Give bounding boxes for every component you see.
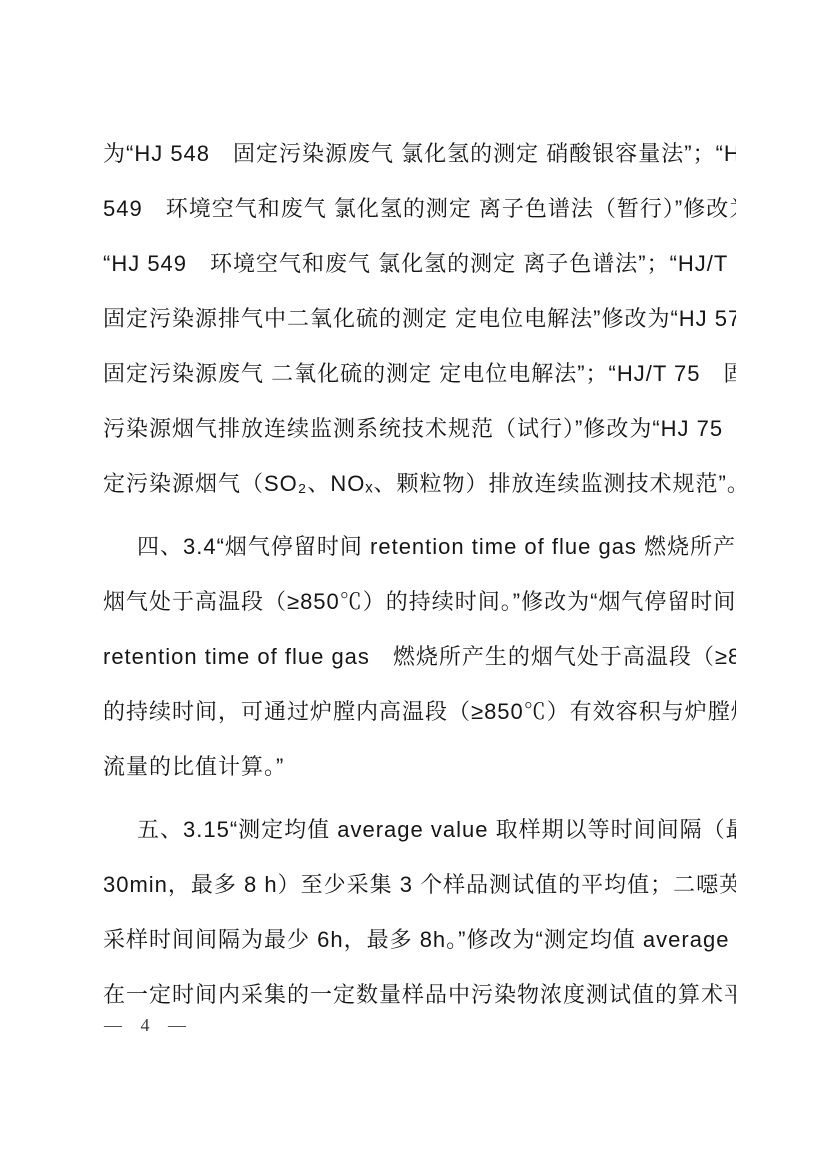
text-block: 为“HJ 548 固定污染源废气 氯化氢的测定 硝酸银容量法”；“HJ549 环…	[103, 126, 736, 1022]
text-line: 五、3.15“测定均值 average value 取样期以等时间间隔（最少	[103, 802, 736, 857]
text-line: 四、3.4“烟气停留时间 retention time of flue gas …	[103, 519, 736, 574]
page-number: — 4 —	[104, 1012, 193, 1038]
text-line: retention time of flue gas 燃烧所产生的烟气处于高温段…	[103, 629, 736, 684]
text-line: 污染源烟气排放连续监测系统技术规范（试行）”修改为“HJ 75 固	[103, 401, 736, 456]
text-line: 采样时间间隔为最少 6h，最多 8h。”修改为“测定均值 average val…	[103, 912, 736, 967]
text-line: 定污染源烟气（SO₂、NOₓ、颗粒物）排放连续监测技术规范”。	[103, 456, 736, 511]
text-line: 30min，最多 8 h）至少采集 3 个样品测试值的平均值；二噁英类的	[103, 857, 736, 912]
paragraph: 五、3.15“测定均值 average value 取样期以等时间间隔（最少30…	[103, 802, 736, 1022]
text-line: 为“HJ 548 固定污染源废气 氯化氢的测定 硝酸银容量法”；“HJ	[103, 126, 736, 181]
paragraph: 四、3.4“烟气停留时间 retention time of flue gas …	[103, 519, 736, 794]
paragraph: 为“HJ 548 固定污染源废气 氯化氢的测定 硝酸银容量法”；“HJ549 环…	[103, 126, 736, 511]
document-page: 为“HJ 548 固定污染源废气 氯化氢的测定 硝酸银容量法”；“HJ549 环…	[0, 0, 827, 1169]
text-line: 流量的比值计算。”	[103, 739, 736, 794]
text-line: 549 环境空气和废气 氯化氢的测定 离子色谱法（暂行）”修改为	[103, 181, 736, 236]
text-line: 烟气处于高温段（≥850℃）的持续时间。”修改为“烟气停留时间	[103, 574, 736, 629]
text-line: 的持续时间，可通过炉膛内高温段（≥850℃）有效容积与炉膛烟气	[103, 684, 736, 739]
text-line: 固定污染源废气 二氧化硫的测定 定电位电解法”；“HJ/T 75 固定	[103, 346, 736, 401]
text-line: 在一定时间内采集的一定数量样品中污染物浓度测试值的算术平均	[103, 967, 736, 1022]
text-line: “HJ 549 环境空气和废气 氯化氢的测定 离子色谱法”；“HJ/T 57	[103, 236, 736, 291]
text-line: 固定污染源排气中二氧化硫的测定 定电位电解法”修改为“HJ 57	[103, 291, 736, 346]
